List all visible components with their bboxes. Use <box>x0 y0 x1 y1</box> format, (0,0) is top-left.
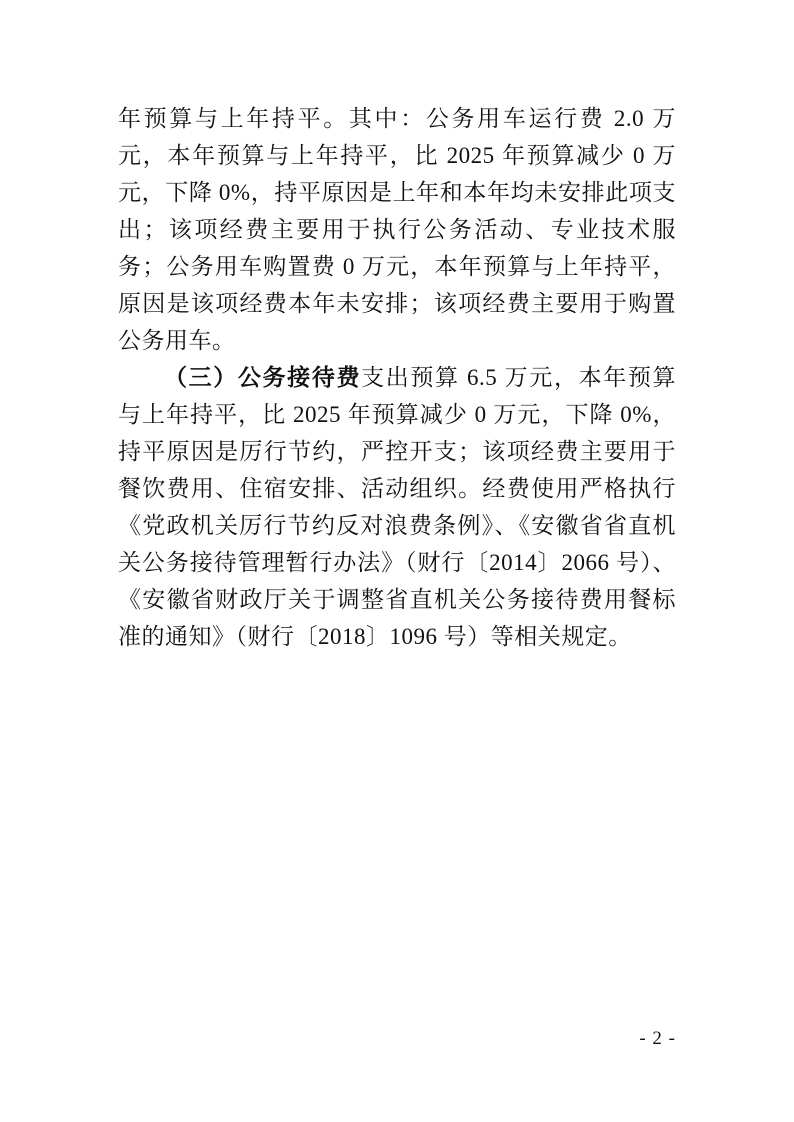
paragraph-text: 支出预算 6.5 万元，本年预算与上年持平，比 2025 年预算减少 0 万元，… <box>118 365 676 649</box>
page-footer: - 2 - <box>639 1028 676 1050</box>
paragraph-reception-expense: （三）公务接待费支出预算 6.5 万元，本年预算与上年持平，比 2025 年预算… <box>118 359 676 655</box>
paragraph-vehicle-expense: 年预算与上年持平。其中：公务用车运行费 2.0 万元，本年预算与上年持平，比 2… <box>118 100 676 359</box>
document-body: 年预算与上年持平。其中：公务用车运行费 2.0 万元，本年预算与上年持平，比 2… <box>118 100 676 655</box>
paragraph-text: 年预算与上年持平。其中：公务用车运行费 2.0 万元，本年预算与上年持平，比 2… <box>118 106 676 353</box>
document-page: 年预算与上年持平。其中：公务用车运行费 2.0 万元，本年预算与上年持平，比 2… <box>0 0 794 1122</box>
paragraph-bold-heading: （三）公务接待费 <box>164 365 361 390</box>
page-number: - 2 - <box>639 1028 676 1049</box>
